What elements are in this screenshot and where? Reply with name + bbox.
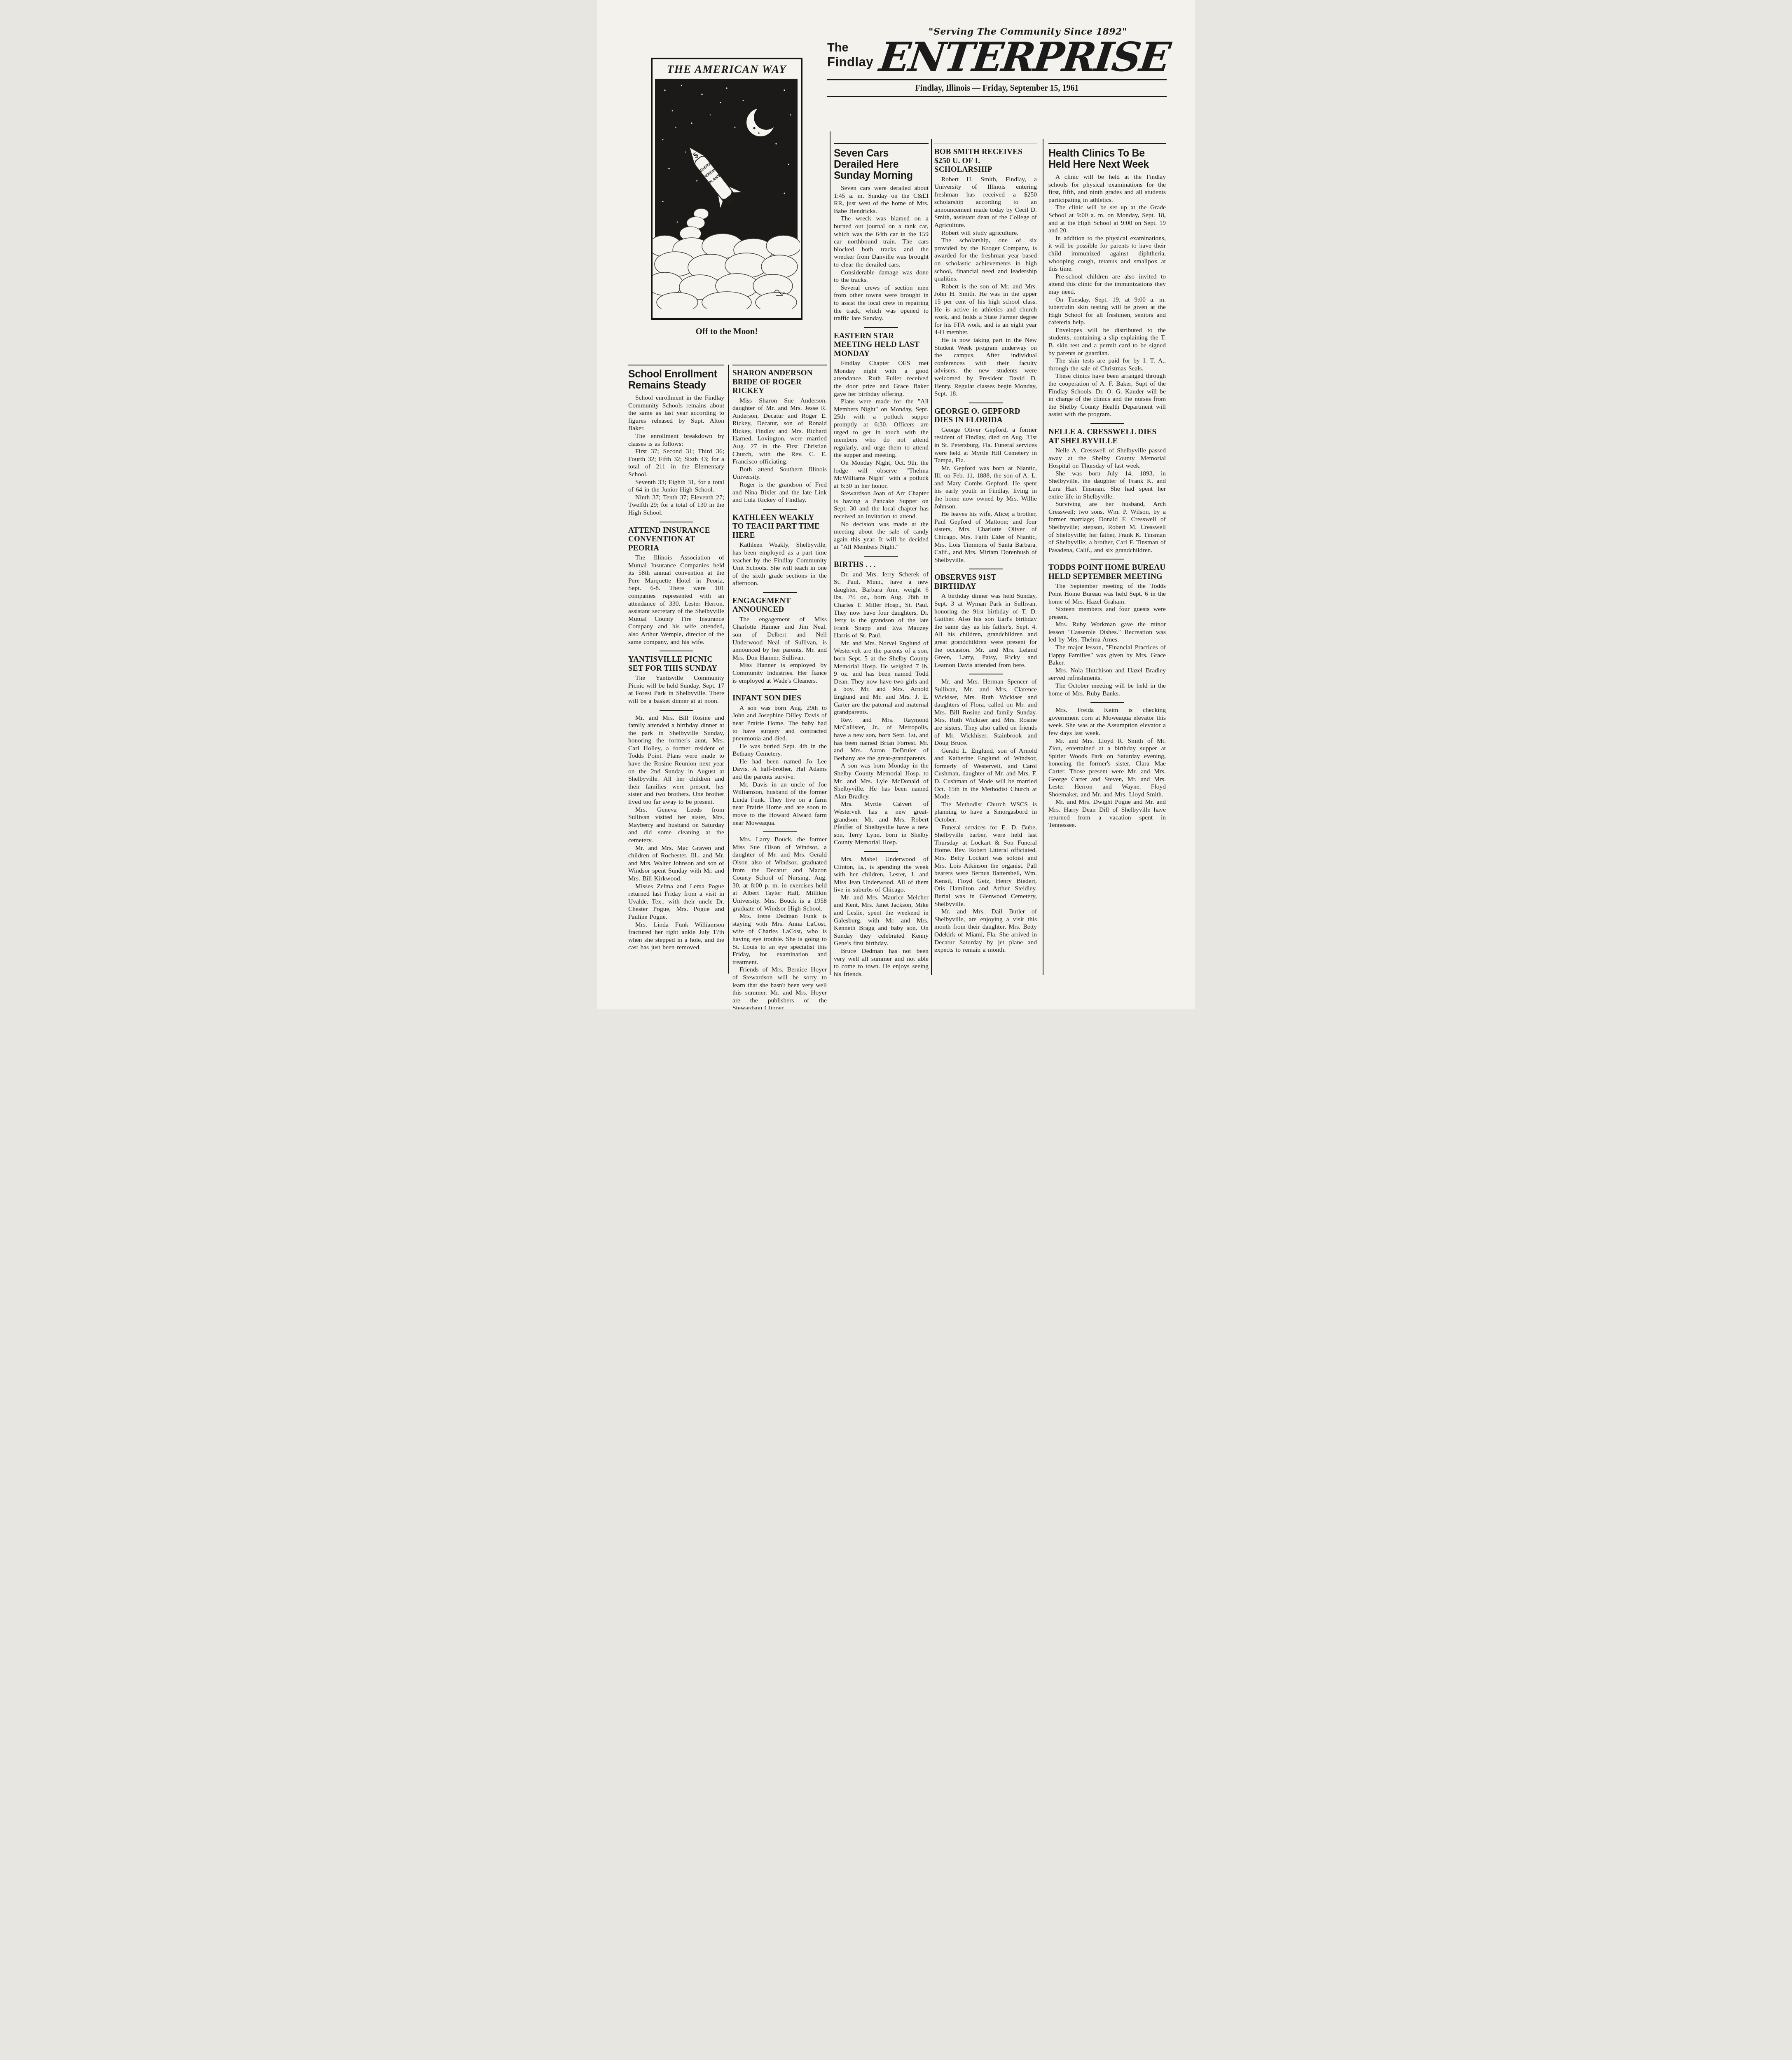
article-divider-rule <box>969 403 1003 403</box>
article-divider-rule <box>969 569 1003 569</box>
article-paragraph: Robert is the son of Mr. and Mrs. John H… <box>934 283 1037 337</box>
article-paragraph: George Oliver Gepford, a former resident… <box>934 426 1037 465</box>
body-columns: School Enrollment Remains SteadySchool e… <box>628 139 1166 996</box>
article-paragraph: In addition to the physical examinations… <box>1048 235 1166 273</box>
article: GEORGE O. GEPFORD DIES IN FLORIDAGeorge … <box>934 407 1037 564</box>
article-headline: NELLE A. CRESSWELL DIES AT SHELBYVILLE <box>1048 428 1166 445</box>
article-headline: ATTEND INSURANCE CONVENTION AT PEORIA <box>628 526 724 553</box>
article-paragraph: Pre-school children are also invited to … <box>1048 273 1166 296</box>
article-paragraph: Stewardson Joan of Arc Chapter is having… <box>834 490 929 520</box>
article-paragraph: Mrs. Freida Keim is checking government … <box>1048 707 1166 737</box>
article-headline: ENGAGEMENT ANNOUNCED <box>732 597 827 614</box>
article-paragraph: Mrs. Larry Bouck, the former Miss Sue Ol… <box>732 836 827 913</box>
column-rule-3 <box>931 139 932 975</box>
column-rule-4 <box>1043 139 1043 975</box>
article: YANTISVILLE PICNIC SET FOR THIS SUNDAYTh… <box>628 655 724 705</box>
article: Seven Cars Derailed Here Sunday MorningS… <box>834 148 929 323</box>
article-headline: TODDS POINT HOME BUREAU HELD SEPTEMBER M… <box>1048 563 1166 581</box>
masthead-title-main: ENTERPRISE <box>877 38 1172 76</box>
article-paragraph: Robert will study agriculture. <box>934 229 1037 237</box>
article: EASTERN STAR MEETING HELD LAST MONDAYFin… <box>834 332 929 551</box>
article-paragraph: Mr. and Mrs. Mac Graven and children of … <box>628 845 724 883</box>
article-paragraph: He leaves his wife, Alice; a brother, Pa… <box>934 510 1037 564</box>
article-paragraph: The September meeting of the Todds Point… <box>1048 583 1166 606</box>
article-paragraph: The Methodist Church WSCS is planning to… <box>934 801 1037 824</box>
article-headline: Health Clinics To Be Held Here Next Week <box>1048 148 1166 170</box>
article-paragraph: The clinic will be set up at the Grade S… <box>1048 204 1166 234</box>
masthead-rule-bottom <box>827 96 1167 97</box>
article: Mr. and Mrs. Herman Spencer of Sullivan,… <box>934 678 1037 954</box>
article-paragraph: Robert H. Smith, Findlay, a University o… <box>934 176 1037 229</box>
article: ENGAGEMENT ANNOUNCEDThe engagement of Mi… <box>732 597 827 685</box>
article-divider-rule <box>1090 559 1124 559</box>
article: BOB SMITH RECEIVES $250 U. OF I. SCHOLAR… <box>934 147 1037 398</box>
article-paragraph: Surviving are her husband, Arch Cresswel… <box>1048 501 1166 554</box>
cartoon-title: THE AMERICAN WAY <box>653 59 801 78</box>
article-headline: EASTERN STAR MEETING HELD LAST MONDAY <box>834 332 929 358</box>
article-paragraph: Miss Sharon Sue Anderson, daughter of Mr… <box>732 397 827 466</box>
article-paragraph: Mr. and Mrs. Bill Rosine and family atte… <box>628 714 724 806</box>
column-rule-2 <box>830 131 830 975</box>
masthead-title-the: The <box>827 41 877 55</box>
article-paragraph: He had been named Jo Lee Davis. A half-b… <box>732 758 827 781</box>
article-divider-rule <box>1090 423 1124 424</box>
article-divider-rule <box>763 831 797 832</box>
article-paragraph: Both attend Southern Illinois University… <box>732 466 827 481</box>
article-paragraph: Roger is the grandson of Fred and Nina B… <box>732 481 827 504</box>
article-paragraph: Mr. and Mrs. Dail Butler of Shelbyville,… <box>934 908 1037 954</box>
article-paragraph: Mr. Davis in an uncle of Joe Williamson,… <box>732 781 827 827</box>
article: Mrs. Freida Keim is checking government … <box>1048 707 1166 829</box>
article-paragraph: Findlay Chapter OES met Monday night wit… <box>834 360 929 398</box>
article-headline: SHARON ANDERSON BRIDE OF ROGER RICKEY <box>732 369 827 396</box>
article: Mr. and Mrs. Bill Rosine and family atte… <box>628 714 724 952</box>
article-paragraph: Mrs. Nola Hutchison and Hazel Bradley se… <box>1048 667 1166 682</box>
article-paragraph: A son was born Aug. 29th to John and Jos… <box>732 705 827 743</box>
article-headline: BIRTHS . . . <box>834 560 929 569</box>
article: TODDS POINT HOME BUREAU HELD SEPTEMBER M… <box>1048 563 1166 698</box>
article-paragraph: Seventh 33; Eighth 31, for a total of 64… <box>628 479 724 494</box>
article-headline: INFANT SON DIES <box>732 694 827 703</box>
column-2: SHARON ANDERSON BRIDE OF ROGER RICKEYMis… <box>732 365 827 1009</box>
article-paragraph: Mr. Gepford was born at Niantic, Ill. on… <box>934 465 1037 511</box>
article-paragraph: Dr. and Mrs. Jerry Scherek of St. Paul, … <box>834 571 929 640</box>
article-paragraph: Mr. and Mrs. Lloyd R. Smith of Mt. Zion,… <box>1048 737 1166 799</box>
masthead-title: The Findlay ENTERPRISE <box>827 38 1167 76</box>
article-paragraph: Misses Zelma and Lema Pogue returned las… <box>628 883 724 921</box>
article-paragraph: The major lesson, "Financial Practices o… <box>1048 644 1166 667</box>
article-paragraph: The October meeting will be held in the … <box>1048 682 1166 698</box>
article-headline: GEORGE O. GEPFORD DIES IN FLORIDA <box>934 407 1037 425</box>
article-paragraph: Bruce Dedman has not been very well all … <box>834 948 929 978</box>
article: SHARON ANDERSON BRIDE OF ROGER RICKEYMis… <box>732 369 827 504</box>
article-paragraph: Funeral services for E. D. Bube, Shelbyv… <box>934 824 1037 908</box>
article: ATTEND INSURANCE CONVENTION AT PEORIAThe… <box>628 526 724 646</box>
article-divider-rule <box>864 556 898 557</box>
column-1: School Enrollment Remains SteadySchool e… <box>628 365 724 952</box>
article-paragraph: On Tuesday, Sept. 19, at 9:00 a. m. tube… <box>1048 296 1166 327</box>
article-paragraph: Seven cars were derailed about 1:45 a. m… <box>834 185 929 215</box>
article-divider-rule <box>763 509 797 510</box>
article-divider-rule <box>763 689 797 690</box>
article-headline: YANTISVILLE PICNIC SET FOR THIS SUNDAY <box>628 655 724 673</box>
article: OBSERVES 91ST BIRTHDAYA birthday dinner … <box>934 573 1037 669</box>
article-paragraph: Mrs. Geneva Leeds from Sullivan visited … <box>628 806 724 845</box>
article-paragraph: Envelopes will be distributed to the stu… <box>1048 327 1166 357</box>
article-paragraph: Mrs. Irene Dedman Funk is staying with M… <box>732 913 827 966</box>
dateline: Findlay, Illinois — Friday, September 15… <box>827 80 1167 96</box>
article-paragraph: A birthday dinner was held Sunday, Sept.… <box>934 592 1037 669</box>
article-paragraph: Kathleen Weakly, Shelbyville, has been e… <box>732 541 827 588</box>
newspaper-page: "Serving The Community Since 1892" The F… <box>597 0 1195 1009</box>
article-headline: BOB SMITH RECEIVES $250 U. OF I. SCHOLAR… <box>934 147 1037 174</box>
article: Mrs. Mabel Underwood of Clinton, Ia., is… <box>834 856 929 978</box>
article-paragraph: Gerald L. Englund, son of Arnold and Kat… <box>934 747 1037 801</box>
article-divider-rule <box>969 674 1003 674</box>
article-paragraph: Ninth 37; Tenth 37; Eleventh 27; Twelfth… <box>628 494 724 517</box>
article-headline: OBSERVES 91ST BIRTHDAY <box>934 573 1037 591</box>
article: KATHLEEN WEAKLY TO TEACH PART TIME HEREK… <box>732 513 827 588</box>
article-divider-rule <box>864 851 898 852</box>
article-paragraph: A son was born Monday in the Shelby Coun… <box>834 762 929 801</box>
article-paragraph: Several crews of section men from other … <box>834 284 929 323</box>
article-divider-rule <box>864 327 898 328</box>
article-divider-rule <box>763 592 797 593</box>
article-paragraph: On Monday Night, Oct. 9th, the lodge wil… <box>834 459 929 490</box>
article-paragraph: The Yantisville Community Picnic will be… <box>628 674 724 705</box>
article-paragraph: Nelle A. Cresswell of Shelbyville passed… <box>1048 447 1166 470</box>
article-paragraph: Miss Hanner is employed by Community Ind… <box>732 662 827 685</box>
masthead-title-findlay: Findlay <box>827 55 877 70</box>
article-headline: KATHLEEN WEAKLY TO TEACH PART TIME HERE <box>732 513 827 540</box>
article: INFANT SON DIESA son was born Aug. 29th … <box>732 694 827 827</box>
article-paragraph: Sixteen members and four guests were pre… <box>1048 606 1166 621</box>
article-divider-rule <box>660 522 693 522</box>
article-headline: School Enrollment Remains Steady <box>628 369 724 391</box>
article-headline: Seven Cars Derailed Here Sunday Morning <box>834 148 929 181</box>
article-paragraph: Mrs. Ruby Workman gave the minor lesson … <box>1048 621 1166 644</box>
article: Health Clinics To Be Held Here Next Week… <box>1048 148 1166 419</box>
column-rule-1 <box>728 365 729 974</box>
article-divider-rule <box>1090 702 1124 703</box>
column-5: Health Clinics To Be Held Here Next Week… <box>1048 143 1166 829</box>
article-divider-rule <box>660 651 693 651</box>
article-paragraph: Mrs. Myrtle Calvert of Westervelt has a … <box>834 801 929 847</box>
article-paragraph: The Illinois Association of Mutual Insur… <box>628 554 724 646</box>
article-paragraph: These clinics have been arranged through… <box>1048 372 1166 419</box>
column-4: BOB SMITH RECEIVES $250 U. OF I. SCHOLAR… <box>934 143 1037 954</box>
article-paragraph: The engagement of Miss Charlotte Hanner … <box>732 616 827 662</box>
article-paragraph: Considerable damage was done to the trac… <box>834 269 929 284</box>
article-paragraph: Plans were made for the "All Members Nig… <box>834 398 929 459</box>
article-paragraph: Rev. and Mrs. Raymond McCallister, Jr., … <box>834 716 929 763</box>
article-paragraph: First 37; Second 31; Third 36; Fourth 32… <box>628 448 724 478</box>
article-paragraph: The scholarship, one of six provided by … <box>934 237 1037 283</box>
article-paragraph: Mr. and Mrs. Maurice Melcher and Kent, M… <box>834 894 929 948</box>
masthead-title-small: The Findlay <box>827 38 877 70</box>
article-paragraph: Mr. and Mrs. Norvel Englund of Westervel… <box>834 640 929 716</box>
article-paragraph: The wreck was blamed on a burned out jou… <box>834 215 929 269</box>
masthead: "Serving The Community Since 1892" The F… <box>827 27 1167 97</box>
article-paragraph: She was born July 14, 1893, in Shelbyvil… <box>1048 470 1166 501</box>
article-paragraph: The enrollment breakdown by classes is a… <box>628 433 724 448</box>
article-paragraph: He is now taking part in the New Student… <box>934 337 1037 398</box>
article-paragraph: He was buried Sept. 4th in the Bethany C… <box>732 743 827 758</box>
article: BIRTHS . . .Dr. and Mrs. Jerry Scherek o… <box>834 560 929 847</box>
article-paragraph: Mrs. Mabel Underwood of Clinton, Ia., is… <box>834 856 929 894</box>
article: Mrs. Larry Bouck, the former Miss Sue Ol… <box>732 836 827 1009</box>
article-paragraph: No decision was made at the meeting abou… <box>834 521 929 551</box>
article-paragraph: The skin tests are paid for by I. T. A.,… <box>1048 357 1166 372</box>
article-divider-rule <box>660 710 693 711</box>
column-3: Seven Cars Derailed Here Sunday MorningS… <box>834 143 929 978</box>
article: School Enrollment Remains SteadySchool e… <box>628 369 724 517</box>
article-paragraph: Mr. and Mrs. Dwight Pogue and Mr. and Mr… <box>1048 798 1166 829</box>
article-paragraph: Friends of Mrs. Bernice Hoyer of Steward… <box>732 966 827 1009</box>
article: NELLE A. CRESSWELL DIES AT SHELBYVILLENe… <box>1048 428 1166 554</box>
article-paragraph: A clinic will be held at the Findlay sch… <box>1048 173 1166 204</box>
article-paragraph: Mr. and Mrs. Herman Spencer of Sullivan,… <box>934 678 1037 747</box>
article-paragraph: School enrollment in the Findlay Communi… <box>628 394 724 433</box>
article-paragraph: Mrs. Linda Funk Williamson fractured her… <box>628 921 724 952</box>
